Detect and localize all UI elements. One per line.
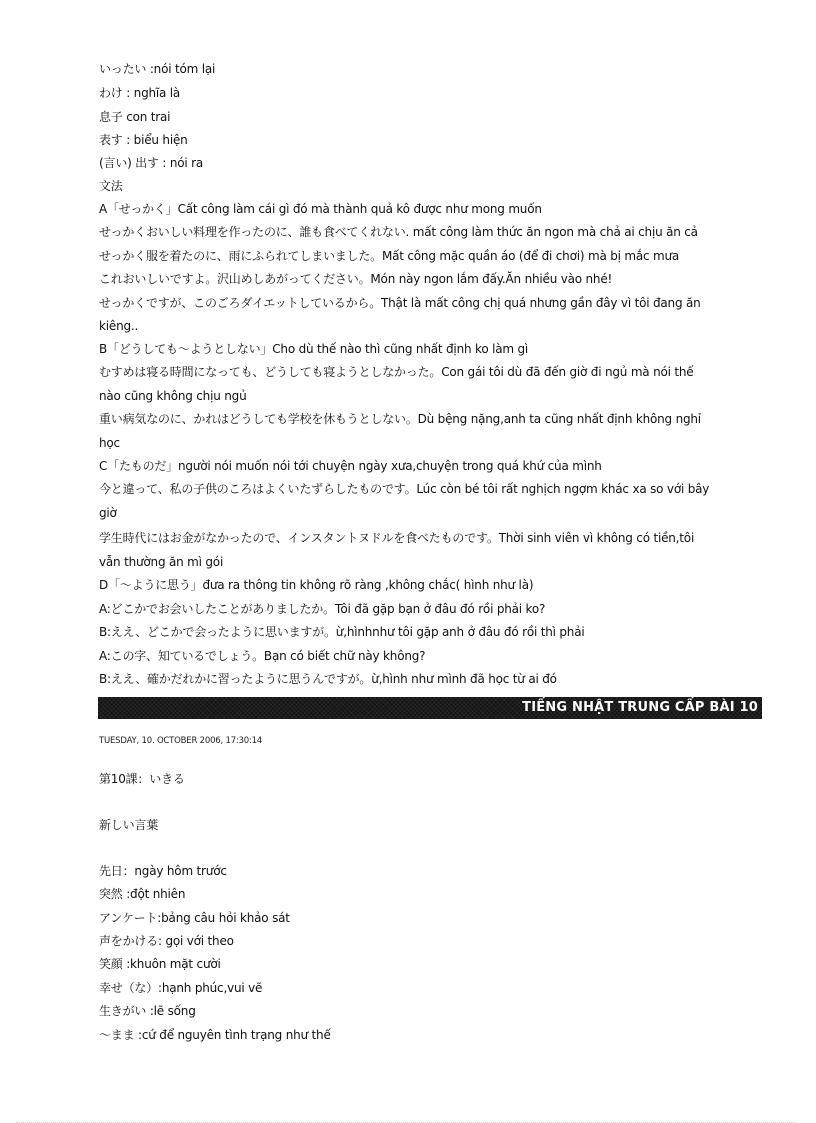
grammar-line: A:どこかでお会いしたことがありましたか。Tôi đã gặp bạn ở đâ… xyxy=(99,601,545,617)
vocab-item: 先日：ngày hôm trước xyxy=(99,863,227,879)
grammar-line: むすめは寝る時間になっても、どうしても寝ようとしなかった。Con gái tôi… xyxy=(99,364,693,380)
grammar-line: 今と違って、私の子供のころはよくいたずらしたものです。Lúc còn bé tô… xyxy=(99,481,709,497)
vocab-item: ～まま :cứ để nguyên tình trạng như thế xyxy=(99,1027,331,1043)
section-heading: 新しい言葉 xyxy=(99,817,158,833)
vocab-item: 幸せ（な）:hạnh phúc,vui vẽ xyxy=(99,980,262,996)
grammar-line: D「～ように思う」đưa ra thông tin không rõ ràng … xyxy=(99,577,533,593)
grammar-line: 学生時代にはお金がなかったので、インスタントヌドルを食べたものです。Thời s… xyxy=(99,530,694,546)
grammar-line: これおいしいですよ。沢山めしあがってください。Món này ngon lắm … xyxy=(99,271,612,287)
grammar-line: せっかくおいしい料理を作ったのに、誰も食べてくれない. mất công làm… xyxy=(99,224,698,240)
grammar-line: B:ええ、どこかで会ったように思いますが。ừ,hìnhnhư tôi gặp a… xyxy=(99,624,585,640)
grammar-line: B「どうしても～ようとしない」Cho dù thế nào thì cũng n… xyxy=(99,341,528,357)
post-timestamp: TUESDAY, 10. OCTOBER 2006, 17:30:14 xyxy=(99,736,262,746)
lesson-title: 第10課：いきる xyxy=(99,771,185,787)
grammar-line: 重い病気なのに、かれはどうしても学校を休もうとしない。Dù bệng nặng,… xyxy=(99,411,701,427)
vocab-item: いったい :nói tóm lại xyxy=(99,61,215,77)
grammar-line: C「たものだ」người nói muốn nói tới chuyện ngà… xyxy=(99,458,602,474)
vocab-item: 表す : biểu hiện xyxy=(99,132,188,148)
vocab-item: わけ : nghĩa là xyxy=(99,85,180,101)
grammar-line: B:ええ、確かだれかに習ったように思うんですが。ừ,hình như mình … xyxy=(99,671,557,687)
grammar-line: nào cũng không chịu ngủ xyxy=(99,388,246,404)
grammar-line: kiêng.. xyxy=(99,318,138,334)
vocab-item: 声をかける: gọi với theo xyxy=(99,933,234,949)
vocab-item: 生きがい :lẽ sống xyxy=(99,1003,196,1019)
vocab-item: 突然 :đột nhiên xyxy=(99,886,185,902)
vocab-item: 息子 con trai xyxy=(99,109,170,125)
document-page: いったい :nói tóm lại わけ : nghĩa là 息子 con t… xyxy=(0,0,816,1123)
vocab-item: 笑顔 :khuôn mặt cười xyxy=(99,956,221,972)
grammar-line: A:この字、知ているでしょう。Bạn có biết chữ này không… xyxy=(99,648,425,664)
grammar-line: A「せっかく」Cất công làm cái gì đó mà thành q… xyxy=(99,201,542,217)
grammar-line: せっかくですが、このごろダイエットしているから。Thật là mất công… xyxy=(99,295,701,311)
grammar-line: vẫn thường ăn mì gói xyxy=(99,554,223,570)
grammar-line: giờ xyxy=(99,505,117,521)
grammar-heading: 文法 xyxy=(99,178,123,194)
grammar-line: せっかく服を着たのに、雨にふられてしまいました。Mất công mặc quầ… xyxy=(99,248,679,264)
vocab-item: (言い) 出す : nói ra xyxy=(99,155,203,171)
grammar-line: học xyxy=(99,435,120,451)
vocab-item: アンケート:bảng câu hỏi khảo sát xyxy=(99,910,290,926)
post-title-link[interactable]: TIẾNG NHẬT TRUNG CẤP BÀI 10 xyxy=(522,699,758,717)
post-title-banner: TIẾNG NHẬT TRUNG CẤP BÀI 10 xyxy=(98,697,762,719)
